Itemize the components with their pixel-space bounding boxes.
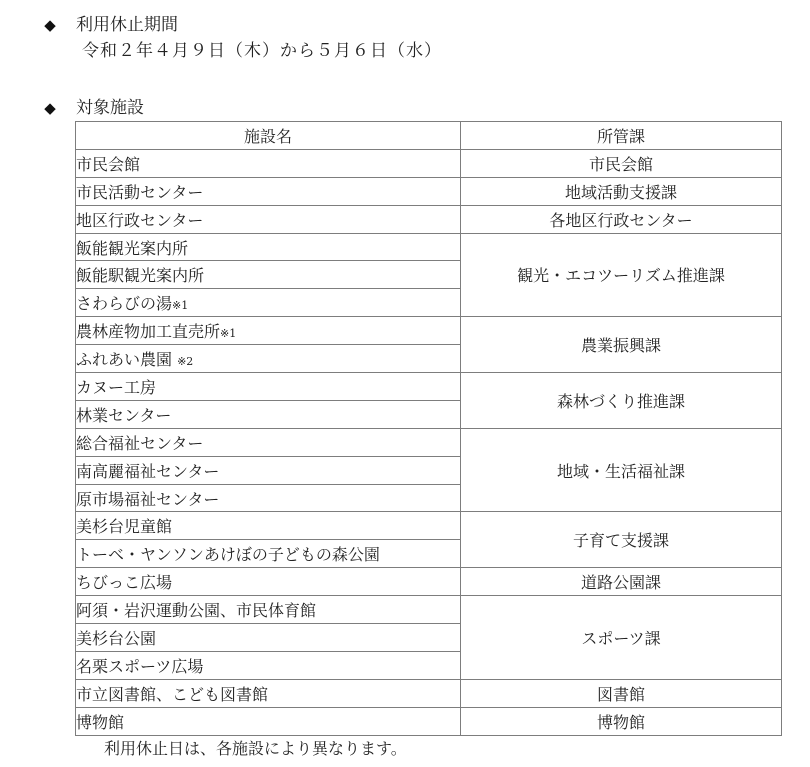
department-cell: 道路公園課 [461,568,782,596]
facility-name: 地区行政センター [76,211,203,230]
facility-name: 市民会館 [76,155,140,174]
facility-name: ちびっこ広場 [76,573,172,592]
facility-name-cell: 阿須・岩沢運動公園、市民体育館 [76,596,461,624]
facility-name: 飯能観光案内所 [76,239,188,258]
facility-name-cell: 林業センター [76,400,461,428]
table-row: 総合福祉センター地域・生活福祉課 [76,428,782,456]
facility-name: 原市場福祉センター [76,490,219,509]
header-department: 所管課 [461,122,782,150]
facility-name-cell: 総合福祉センター [76,428,461,456]
department-cell: 地域活動支援課 [461,177,782,205]
table-row: カヌー工房森林づくり推進課 [76,373,782,401]
facility-name: トーベ・ヤンソンあけぼの子どもの森公園 [76,545,380,564]
facility-name: 総合福祉センター [76,434,203,453]
table-row: 美杉台児童館子育て支援課 [76,512,782,540]
department-cell: 農業振興課 [461,317,782,373]
facility-name-cell: さわらびの湯※1 [76,289,461,317]
facility-name: ふれあい農園 [76,350,177,369]
table-row: 農林産物加工直売所※1農業振興課 [76,317,782,345]
facility-name: 阿須・岩沢運動公園、市民体育館 [76,601,316,620]
diamond-bullet-icon: ◆ [40,14,60,36]
facility-name: 農林産物加工直売所 [76,322,220,341]
facility-name-cell: 市民活動センター [76,177,461,205]
facility-name: 美杉台児童館 [76,517,172,536]
footnote-marker: ※1 [172,299,188,312]
facility-name: 飯能駅観光案内所 [76,266,204,285]
table-row: 市民会館市民会館 [76,149,782,177]
facility-name-cell: 美杉台公園 [76,624,461,652]
table-body: 市民会館市民会館市民活動センター地域活動支援課地区行政センター各地区行政センター… [76,149,782,735]
facilities-table: 施設名 所管課 市民会館市民会館市民活動センター地域活動支援課地区行政センター各… [75,121,782,736]
facility-name-cell: 原市場福祉センター [76,484,461,512]
facility-name: 美杉台公園 [76,629,156,648]
table-row: 地区行政センター各地区行政センター [76,205,782,233]
section-heading-period: ◆ 利用休止期間 [40,14,178,36]
facility-name: 林業センター [76,406,171,425]
department-cell: 森林づくり推進課 [461,373,782,429]
table-row: 飯能観光案内所観光・エコツーリズム推進課 [76,233,782,261]
facility-name-cell: 飯能観光案内所 [76,233,461,261]
department-cell: 市民会館 [461,149,782,177]
department-cell: 図書館 [461,679,782,707]
closure-period-text: 令和２年４月９日（木）から５月６日（水） [82,40,442,62]
table-row: 市民活動センター地域活動支援課 [76,177,782,205]
footnote-text: 利用休止日は、各施設により異なります。 [104,738,407,760]
facility-name: 南高麗福祉センター [76,462,219,481]
facility-name-cell: 農林産物加工直売所※1 [76,317,461,345]
facility-name-cell: 南高麗福祉センター [76,456,461,484]
table-row: 市立図書館、こども図書館図書館 [76,679,782,707]
table-row: 阿須・岩沢運動公園、市民体育館スポーツ課 [76,596,782,624]
department-cell: 地域・生活福祉課 [461,428,782,512]
section-title: 利用休止期間 [76,14,178,36]
section-heading-facilities: ◆ 対象施設 [40,97,144,119]
department-cell: 各地区行政センター [461,205,782,233]
facility-name-cell: 市民会館 [76,149,461,177]
facility-name: カヌー工房 [76,378,156,397]
table-header-row: 施設名 所管課 [76,122,782,150]
header-facility-name: 施設名 [76,122,461,150]
facility-name: 名栗スポーツ広場 [76,657,203,676]
facility-name-cell: トーベ・ヤンソンあけぼの子どもの森公園 [76,540,461,568]
facility-name-cell: 博物館 [76,707,461,735]
facility-name-cell: カヌー工房 [76,373,461,401]
facility-name-cell: 飯能駅観光案内所 [76,261,461,289]
department-cell: 博物館 [461,707,782,735]
facility-name: さわらびの湯 [76,294,172,313]
department-cell: 子育て支援課 [461,512,782,568]
department-cell: スポーツ課 [461,596,782,680]
table-row: ちびっこ広場道路公園課 [76,568,782,596]
facility-name-cell: ふれあい農園 ※2 [76,345,461,373]
facility-name: 市民活動センター [76,183,203,202]
department-cell: 観光・エコツーリズム推進課 [461,233,782,317]
facility-name-cell: 名栗スポーツ広場 [76,651,461,679]
facility-name-cell: 地区行政センター [76,205,461,233]
footnote-marker: ※2 [177,355,193,368]
footnote-marker: ※1 [220,327,236,340]
section-title: 対象施設 [76,97,144,119]
facility-name: 市立図書館、こども図書館 [76,685,268,704]
facility-name: 博物館 [76,713,124,732]
facility-name-cell: 美杉台児童館 [76,512,461,540]
table-row: 博物館博物館 [76,707,782,735]
facility-name-cell: 市立図書館、こども図書館 [76,679,461,707]
diamond-bullet-icon: ◆ [40,97,60,119]
facility-name-cell: ちびっこ広場 [76,568,461,596]
